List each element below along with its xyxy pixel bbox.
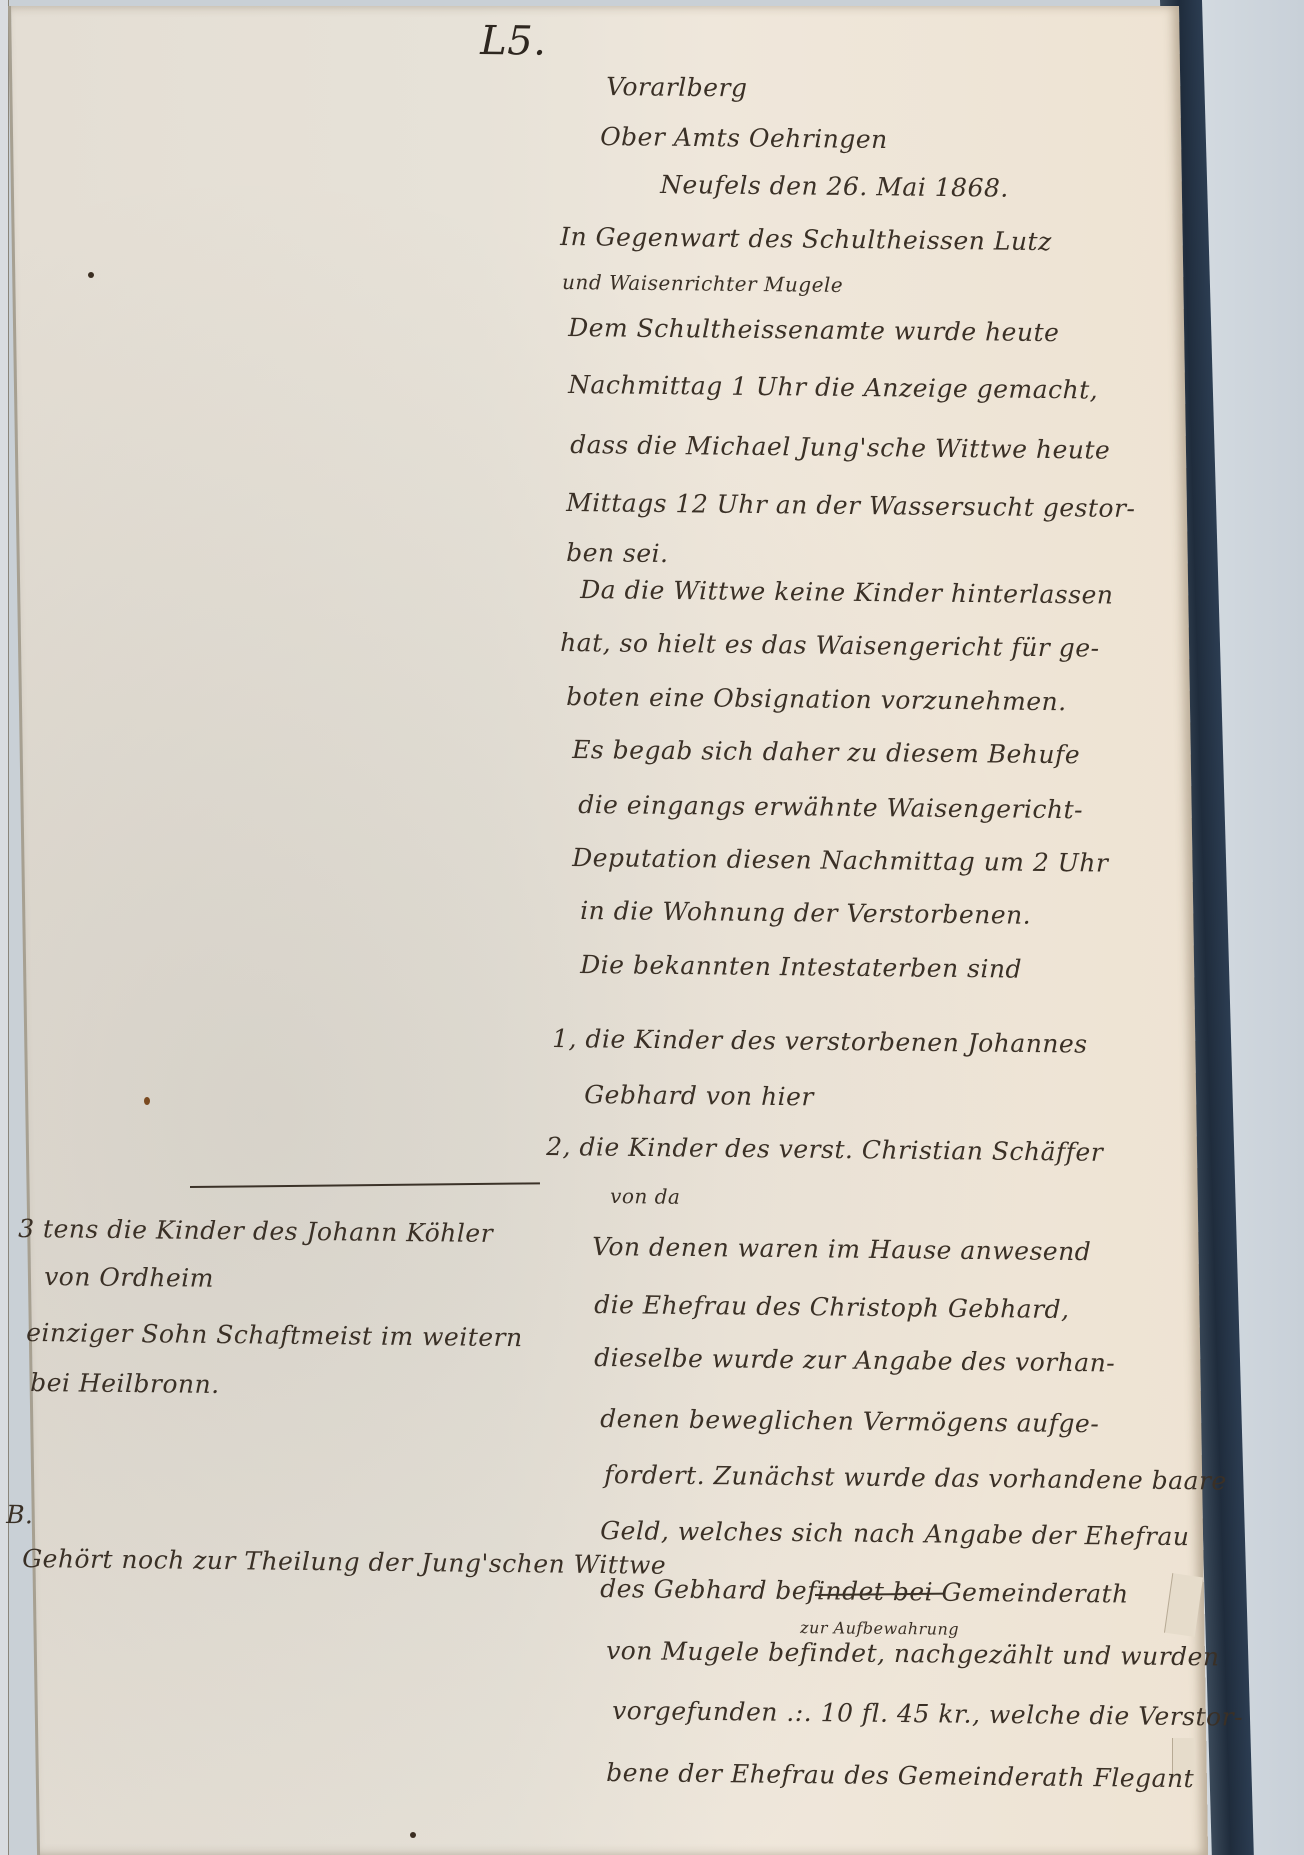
header-line: Neufels den 26. Mai 1868. bbox=[660, 170, 1009, 203]
interlinear-insertion: zur Aufbewahrung bbox=[800, 1618, 959, 1639]
body-line: in die Wohnung der Verstorbenen. bbox=[580, 896, 1031, 930]
body-line: Mittags 12 Uhr an der Wassersucht gestor… bbox=[566, 488, 1136, 523]
margin-note-line: von Ordheim bbox=[44, 1262, 214, 1293]
body-line: die eingangs erwähnte Waisengericht- bbox=[578, 790, 1083, 824]
body-line: In Gegenwart des Schultheissen Lutz bbox=[560, 222, 1052, 256]
header-line: Vorarlberg bbox=[606, 72, 748, 102]
body-line: ben sei. bbox=[566, 538, 669, 568]
body-line: Da die Wittwe keine Kinder hinterlassen bbox=[580, 575, 1114, 610]
body-line: dieselbe wurde zur Angabe des vorhan- bbox=[594, 1343, 1115, 1377]
body-line: Geld, welches sich nach Angabe der Ehefr… bbox=[600, 1516, 1190, 1551]
body-line: Die bekannten Intestaterben sind bbox=[580, 950, 1022, 984]
ink-spot bbox=[88, 272, 94, 278]
body-line: boten eine Obsignation vorzunehmen. bbox=[566, 682, 1067, 716]
ink-spot bbox=[144, 1097, 150, 1105]
body-line: 2, die Kinder des verst. Christian Schäf… bbox=[546, 1132, 1103, 1167]
body-line: bene der Ehefrau des Gemeinderath Flegan… bbox=[606, 1758, 1194, 1793]
body-line: Es begab sich daher zu diesem Behufe bbox=[572, 735, 1080, 769]
body-line: Deputation diesen Nachmittag um 2 Uhr bbox=[572, 843, 1109, 878]
body-line: die Ehefrau des Christoph Gebhard, bbox=[594, 1290, 1070, 1324]
body-line: und Waisenrichter Mugele bbox=[562, 270, 843, 297]
margin-note-marker: B. bbox=[6, 1500, 34, 1529]
header-line: Ober Amts Oehringen bbox=[600, 122, 888, 154]
body-line: Nachmittag 1 Uhr die Anzeige gemacht, bbox=[568, 370, 1098, 405]
folio-number: L5. bbox=[480, 18, 547, 65]
body-line: Dem Schultheissenamte wurde heute bbox=[568, 313, 1060, 347]
body-line: denen beweglichen Vermögens aufge- bbox=[600, 1404, 1099, 1438]
body-line: des Gebhard befindet bei Gemeinderath bbox=[600, 1574, 1129, 1609]
margin-note-line: bei Heilbronn. bbox=[30, 1368, 220, 1399]
body-line: Gebhard von hier bbox=[584, 1080, 814, 1111]
margin-note-line: 3 tens die Kinder des Johann Köhler bbox=[18, 1214, 493, 1248]
body-line: Von denen waren im Hause anwesend bbox=[592, 1232, 1091, 1266]
body-line: dass die Michael Jung'sche Wittwe heute bbox=[570, 430, 1110, 465]
ink-spot bbox=[410, 1832, 416, 1838]
adjacent-page-edge bbox=[0, 0, 9, 1855]
body-line: hat, so hielt es das Waisengericht für g… bbox=[560, 628, 1100, 663]
margin-note-line: einziger Sohn Schaftmeist im weitern bbox=[26, 1318, 523, 1352]
body-line: 1, die Kinder des verstorbenen Johannes bbox=[552, 1024, 1088, 1059]
body-line: von da bbox=[610, 1184, 681, 1209]
